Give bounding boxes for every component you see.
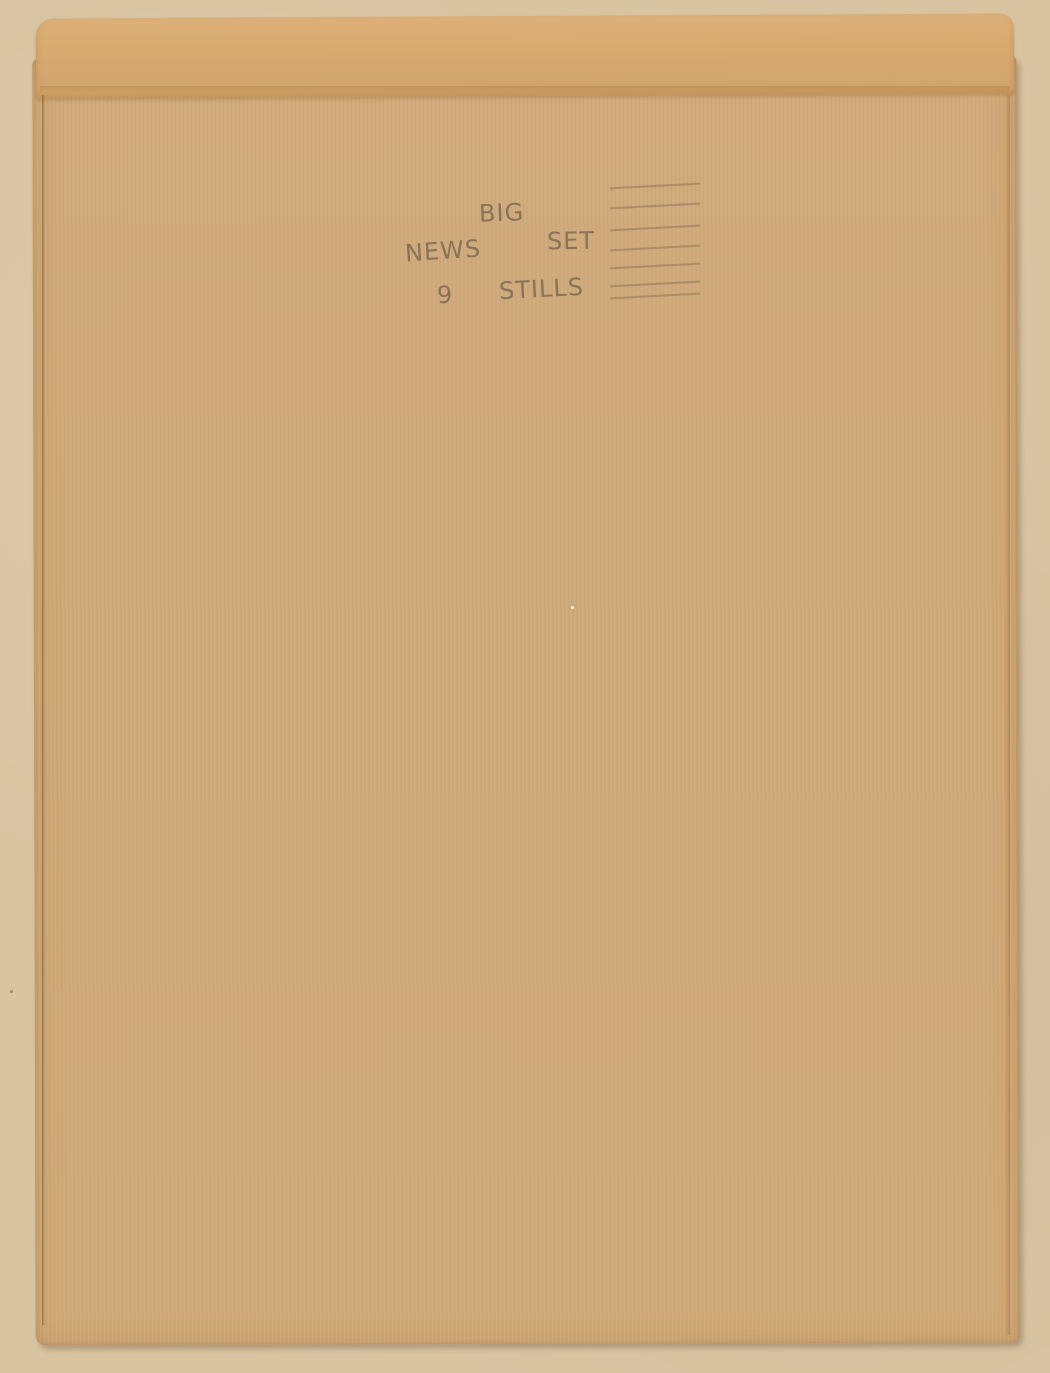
envelope-right-seam xyxy=(1005,95,1010,1335)
stamp-line-big: BIG xyxy=(479,198,525,228)
flap-fold-shadow xyxy=(40,86,1010,94)
stamp-line-stills: STILLS xyxy=(498,273,584,305)
board-speck xyxy=(10,990,13,993)
paper-speck xyxy=(571,606,574,609)
stamp-line-count: 9 xyxy=(437,281,454,310)
stamp-line-news: NEWS xyxy=(404,234,482,267)
envelope-left-seam xyxy=(42,95,45,1325)
ink-stamp: BIG NEWS SET 9 STILLS xyxy=(395,195,715,325)
stamp-line-set: SET xyxy=(547,227,596,256)
